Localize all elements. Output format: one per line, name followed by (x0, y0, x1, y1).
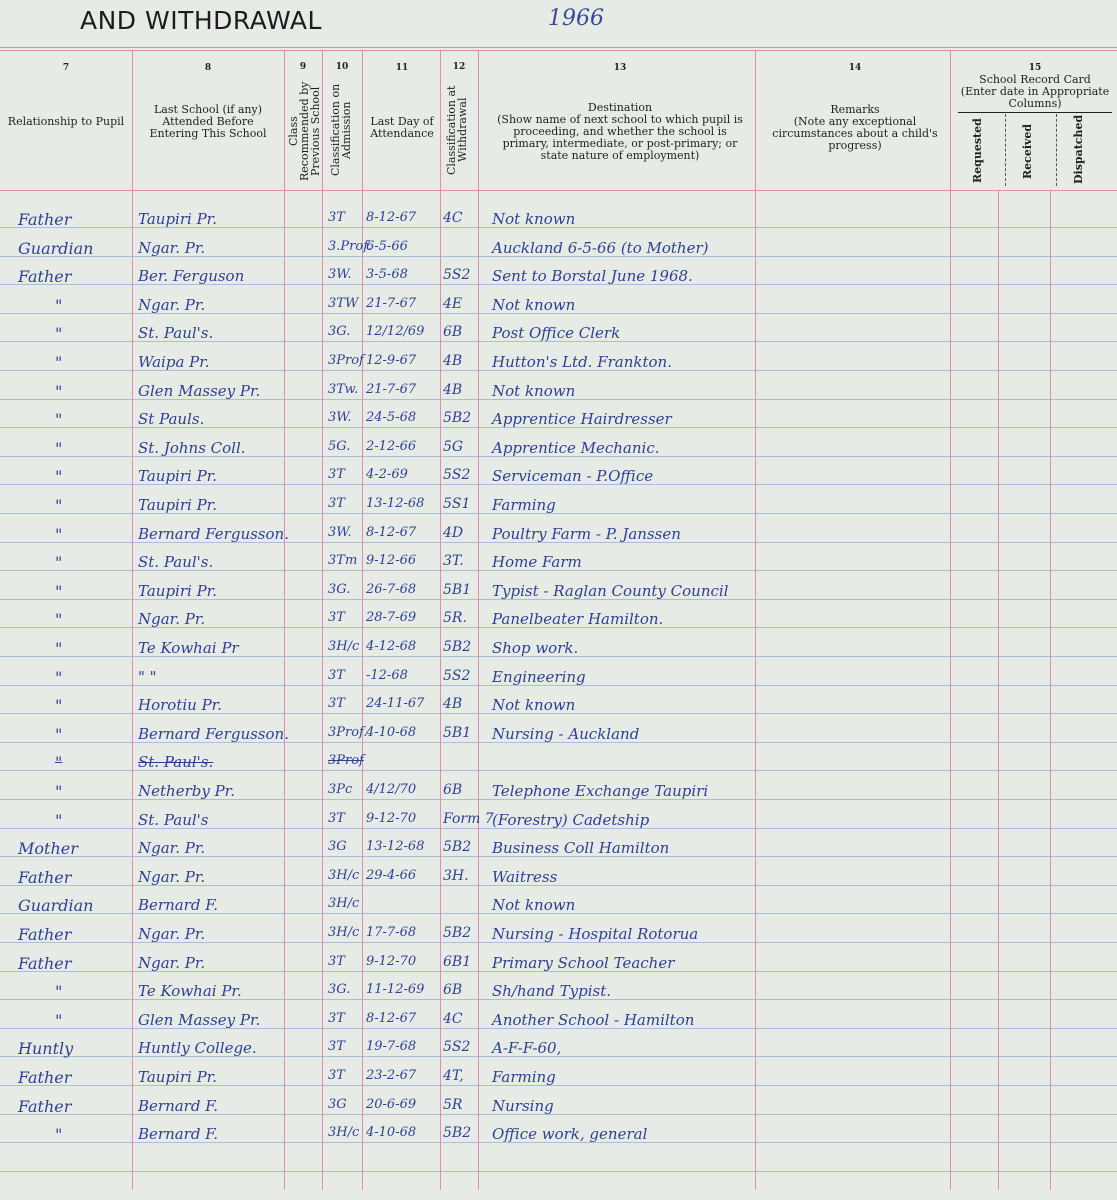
last-school-cell: " " (138, 668, 157, 686)
last-day-cell: 17-7-68 (366, 925, 416, 940)
last-day-cell: 23-2-67 (366, 1068, 416, 1083)
relationship-cell: Father (18, 925, 71, 944)
header-number: 10 (322, 62, 362, 72)
table-row: FatherNgar. Pr.3H/c17-7-685B2Nursing - H… (0, 921, 1117, 949)
relationship-cell: " (55, 782, 62, 801)
table-row: "Ngar. Pr.3TW21-7-674ENot known (0, 292, 1117, 320)
header-number: 12 (440, 62, 478, 72)
destination-cell: Not known (492, 210, 575, 228)
last-school-cell: Bernard Fergusson. (138, 725, 289, 743)
table-row: FatherNgar. Pr.3T9-12-706B1Primary Schoo… (0, 950, 1117, 978)
header-label: Last School (if any) Attended Before Ent… (140, 104, 276, 140)
header-received: Received (1022, 118, 1042, 184)
destination-cell: Telephone Exchange Taupiri (492, 782, 708, 800)
relationship-cell: Father (18, 267, 71, 286)
destination-cell: Nursing (492, 1097, 554, 1115)
destination-cell: Post Office Clerk (492, 324, 620, 342)
withdrawal-cell: 4B (443, 696, 462, 712)
header-last-school: 8 Last School (if any) Attended Before E… (140, 62, 276, 140)
admission-cell: 3Prof (328, 753, 364, 768)
sub-divider (1005, 114, 1006, 186)
year-annotation: 1966 (548, 6, 604, 31)
table-row: "" "3T-12-685S2Engineering (0, 664, 1117, 692)
admission-cell: 3H/c (328, 1125, 359, 1140)
last-day-cell: 8-12-67 (366, 210, 416, 225)
header-last-day: 11 Last Day of Attendance (364, 62, 440, 140)
last-day-cell: 4-10-68 (366, 725, 416, 740)
table-row: "Glen Massey Pr.3Tw.21-7-674BNot known (0, 378, 1117, 406)
withdrawal-cell: 5B2 (443, 639, 471, 655)
table-row: "St. Paul's3T9-12-70Form 7(Forestry) Cad… (0, 807, 1117, 835)
withdrawal-cell: 4C (443, 210, 463, 226)
destination-cell: Not known (492, 696, 575, 714)
last-day-cell: 2-12-66 (366, 439, 416, 454)
header-label: Relationship to Pupil (4, 116, 128, 128)
header-remarks: 14 Remarks (Note any exceptional circums… (770, 62, 940, 152)
last-day-cell: 13-12-68 (366, 839, 424, 854)
table-row: FatherTaupiri Pr.3T8-12-674CNot known (0, 206, 1117, 234)
withdrawal-cell: 6B (443, 982, 462, 998)
last-school-cell: Glen Massey Pr. (138, 1011, 260, 1029)
admission-cell: 3H/c (328, 925, 359, 940)
withdrawal-cell: 5R (443, 1097, 462, 1113)
withdrawal-cell: 3H. (443, 868, 469, 884)
destination-cell: Not known (492, 382, 575, 400)
last-school-cell: St. Paul's. (138, 753, 213, 771)
destination-cell: Nursing - Hospital Rotorua (492, 925, 698, 943)
relationship-cell: " (55, 324, 62, 343)
admission-cell: 3T (328, 467, 345, 482)
admission-cell: 3W. (328, 410, 352, 425)
withdrawal-cell: 5B1 (443, 582, 471, 598)
table-row: "Waipa Pr.3Prof12-9-674BHutton's Ltd. Fr… (0, 349, 1117, 377)
relationship-cell: " (55, 725, 62, 744)
header-relationship: 7 Relationship to Pupil (4, 62, 128, 128)
withdrawal-cell: 4B (443, 382, 462, 398)
relationship-cell: " (55, 696, 62, 715)
last-day-cell: -12-68 (366, 668, 408, 683)
last-day-cell: 12-9-67 (366, 353, 416, 368)
header-number: 11 (364, 62, 440, 74)
withdrawal-cell: 5S2 (443, 267, 470, 283)
admission-cell: 5G. (328, 439, 350, 454)
destination-cell: Shop work. (492, 639, 578, 657)
header-requested: Requested (972, 118, 992, 184)
last-day-cell: 3-5-68 (366, 267, 408, 282)
destination-cell: Panelbeater Hamilton. (492, 610, 663, 628)
last-day-cell: 4-10-68 (366, 1125, 416, 1140)
last-day-cell: 4/12/70 (366, 782, 416, 797)
header-classification-admission: Classification on Admission (330, 80, 356, 180)
relationship-cell: " (55, 668, 62, 687)
ledger-page: AND WITHDRAWAL 1966 7 Relationship to Pu… (0, 0, 1117, 1200)
relationship-cell: " (55, 382, 62, 401)
admission-cell: 3Pc (328, 782, 352, 797)
admission-cell: 3Prof. (328, 725, 368, 740)
last-school-cell: Ber. Ferguson (138, 267, 244, 285)
destination-cell: Typist - Raglan County Council (492, 582, 728, 600)
table-row: "Te Kowhai Pr.3G.11-12-696BSh/hand Typis… (0, 978, 1117, 1006)
last-school-cell: St. Paul's (138, 811, 208, 829)
last-school-cell: Ngar. Pr. (138, 296, 205, 314)
last-school-cell: St. Johns Coll. (138, 439, 246, 457)
withdrawal-cell: 5S2 (443, 1039, 470, 1055)
admission-cell: 3Prof (328, 353, 364, 368)
last-school-cell: Bernard F. (138, 896, 218, 914)
relationship-cell: " (55, 811, 62, 830)
relationship-cell: " (55, 525, 62, 544)
admission-cell: 3T (328, 1068, 345, 1083)
header-number: 13 (490, 62, 750, 74)
last-day-cell: 12/12/69 (366, 324, 424, 339)
admission-cell: 3Tm (328, 553, 357, 568)
admission-cell: 3T (328, 1039, 345, 1054)
destination-cell: (Forestry) Cadetship (492, 811, 649, 829)
destination-cell: Auckland 6-5-66 (to Mother) (492, 239, 709, 257)
admission-cell: 3T (328, 954, 345, 969)
table-row: "Bernard Fergusson.3Prof.4-10-685B1Nursi… (0, 721, 1117, 749)
last-school-cell: Huntly College. (138, 1039, 257, 1057)
header-label: Last Day of Attendance (364, 116, 440, 140)
destination-cell: A-F-F-60, (492, 1039, 561, 1057)
destination-cell: Farming (492, 496, 556, 514)
destination-cell: Home Farm (492, 553, 582, 571)
last-day-cell: 6-5-66 (366, 239, 408, 254)
table-row: GuardianBernard F.3H/cNot known (0, 892, 1117, 920)
admission-cell: 3G (328, 1097, 347, 1112)
last-day-cell: 26-7-68 (366, 582, 416, 597)
relationship-cell: " (55, 496, 62, 515)
admission-cell: 3G. (328, 582, 350, 597)
withdrawal-cell: 4B (443, 353, 462, 369)
admission-cell: 3H/c (328, 868, 359, 883)
destination-cell: Serviceman - P.Office (492, 467, 653, 485)
relationship-cell: Mother (18, 839, 78, 858)
table-row: FatherTaupiri Pr.3T23-2-674T,Farming (0, 1064, 1117, 1092)
last-school-cell: Ngar. Pr. (138, 610, 205, 628)
destination-cell: Poultry Farm - P. Janssen (492, 525, 681, 543)
last-school-cell: Glen Massey Pr. (138, 382, 260, 400)
last-school-cell: Bernard Fergusson. (138, 525, 289, 543)
header-record-card: 15 School Record Card (Enter date in App… (955, 62, 1115, 110)
last-day-cell: 21-7-67 (366, 296, 416, 311)
header-destination: 13 Destination (Show name of next school… (490, 62, 750, 162)
relationship-cell: Father (18, 1068, 71, 1087)
last-school-cell: Taupiri Pr. (138, 467, 217, 485)
last-school-cell: St Pauls. (138, 410, 204, 428)
relationship-cell: " (55, 1125, 62, 1144)
table-row: "Taupiri Pr.3G.26-7-685B1Typist - Raglan… (0, 578, 1117, 606)
header-number: 8 (140, 62, 276, 74)
table-row: HuntlyHuntly College.3T19-7-685S2A-F-F-6… (0, 1035, 1117, 1063)
last-day-cell: 28-7-69 (366, 610, 416, 625)
table-row: "Bernard Fergusson.3W.8-12-674DPoultry F… (0, 521, 1117, 549)
relationship-cell: " (55, 439, 62, 458)
admission-cell: 3T (328, 1011, 345, 1026)
table-row: "St Pauls.3W.24-5-685B2Apprentice Hairdr… (0, 406, 1117, 434)
relationship-cell: Father (18, 868, 71, 887)
sub-divider (1056, 114, 1057, 186)
table-row: "St. Paul's.3Tm9-12-663T.Home Farm (0, 549, 1117, 577)
table-row: FatherBer. Ferguson3W.3-5-685S2Sent to B… (0, 263, 1117, 291)
table-row: "St. Paul's.3G.12/12/696BPost Office Cle… (0, 320, 1117, 348)
last-day-cell: 8-12-67 (366, 1011, 416, 1026)
admission-cell: 3G (328, 839, 347, 854)
last-school-cell: St. Paul's. (138, 324, 213, 342)
table-row: "Taupiri Pr.3T4-2-695S2Serviceman - P.Of… (0, 463, 1117, 491)
admission-cell: 3W. (328, 525, 352, 540)
header-number: 9 (284, 62, 322, 72)
destination-cell: Sent to Borstal June 1968. (492, 267, 693, 285)
withdrawal-cell: 5S2 (443, 467, 470, 483)
destination-cell: Business Coll Hamilton (492, 839, 669, 857)
withdrawal-cell: 4C (443, 1011, 463, 1027)
last-day-cell: 4-12-68 (366, 639, 416, 654)
table-row: "Netherby Pr.3Pc4/12/706BTelephone Excha… (0, 778, 1117, 806)
relationship-cell: " (55, 582, 62, 601)
destination-cell: Primary School Teacher (492, 954, 674, 972)
relationship-cell: " (55, 467, 62, 486)
last-school-cell: Te Kowhai Pr (138, 639, 239, 657)
last-school-cell: Bernard F. (138, 1097, 218, 1115)
admission-cell: 3H/c (328, 639, 359, 654)
admission-cell: 3T (328, 811, 345, 826)
last-school-cell: Ngar. Pr. (138, 925, 205, 943)
withdrawal-cell: 5G (443, 439, 463, 455)
admission-cell: 3T (328, 668, 345, 683)
relationship-cell: Huntly (18, 1039, 73, 1058)
last-school-cell: Taupiri Pr. (138, 582, 217, 600)
table-row: "St. Johns Coll.5G.2-12-665GApprentice M… (0, 435, 1117, 463)
withdrawal-cell: 6B (443, 324, 462, 340)
destination-cell: Engineering (492, 668, 586, 686)
last-day-cell: 9-12-70 (366, 811, 416, 826)
record-card-rule (958, 112, 1112, 113)
last-school-cell: Te Kowhai Pr. (138, 982, 242, 1000)
last-day-cell: 24-5-68 (366, 410, 416, 425)
relationship-cell: " (55, 982, 62, 1001)
table-row: GuardianNgar. Pr.3.Prof.6-5-66Auckland 6… (0, 235, 1117, 263)
destination-cell: Waitress (492, 868, 557, 886)
withdrawal-cell: 5S2 (443, 668, 470, 684)
page-title: AND WITHDRAWAL (80, 6, 322, 35)
destination-cell: Not known (492, 296, 575, 314)
last-day-cell: 11-12-69 (366, 982, 424, 997)
last-day-cell: 9-12-66 (366, 553, 416, 568)
table-row: "St. Paul's.3Prof (0, 749, 1117, 777)
withdrawal-cell: 6B (443, 782, 462, 798)
header-class-recommended: Class Recommended by Previous School (288, 75, 318, 187)
withdrawal-cell: Form 7 (443, 811, 494, 827)
relationship-cell: " (55, 353, 62, 372)
relationship-cell: Guardian (18, 239, 93, 258)
relationship-cell: Father (18, 954, 71, 973)
admission-cell: 3G. (328, 982, 350, 997)
last-day-cell: 19-7-68 (366, 1039, 416, 1054)
destination-cell: Hutton's Ltd. Frankton. (492, 353, 672, 371)
relationship-cell: " (55, 610, 62, 629)
header-sublabel: (Show name of next school to which pupil… (490, 114, 750, 162)
withdrawal-cell: 3T. (443, 553, 464, 569)
table-row: MotherNgar. Pr.3G13-12-685B2Business Col… (0, 835, 1117, 863)
destination-cell: Apprentice Mechanic. (492, 439, 659, 457)
header-dispatched: Dispatched (1073, 118, 1093, 184)
last-school-cell: Taupiri Pr. (138, 496, 217, 514)
header-sublabel: (Enter date in Appropriate Columns) (955, 86, 1115, 110)
withdrawal-cell: 4D (443, 525, 463, 541)
table-row: FatherNgar. Pr.3H/c29-4-663H.Waitress (0, 864, 1117, 892)
last-day-cell: 29-4-66 (366, 868, 416, 883)
admission-cell: 3TW (328, 296, 358, 311)
last-school-cell: Ngar. Pr. (138, 868, 205, 886)
withdrawal-cell: 5B2 (443, 925, 471, 941)
withdrawal-cell: 5S1 (443, 496, 470, 512)
destination-cell: Not known (492, 896, 575, 914)
relationship-cell: " (55, 1011, 62, 1030)
destination-cell: Nursing - Auckland (492, 725, 639, 743)
relationship-cell: " (55, 639, 62, 658)
admission-cell: 3T (328, 210, 345, 225)
last-school-cell: St. Paul's. (138, 553, 213, 571)
relationship-cell: " (55, 296, 62, 315)
header-classification-withdrawal: Classification at Withdrawal (446, 80, 472, 180)
withdrawal-cell: 5B1 (443, 725, 471, 741)
last-school-cell: Waipa Pr. (138, 353, 210, 371)
table-row: "Te Kowhai Pr3H/c4-12-685B2Shop work. (0, 635, 1117, 663)
last-day-cell: 20-6-69 (366, 1097, 416, 1112)
withdrawal-cell: 5B2 (443, 410, 471, 426)
admission-cell: 3T (328, 496, 345, 511)
relationship-cell: " (55, 553, 62, 572)
table-row: FatherBernard F.3G20-6-695RNursing (0, 1093, 1117, 1121)
table-row: "Bernard F.3H/c4-10-685B2Office work, ge… (0, 1121, 1117, 1149)
relationship-cell: " (55, 410, 62, 429)
table-row: "Horotiu Pr.3T24-11-674BNot known (0, 692, 1117, 720)
withdrawal-cell: 4E (443, 296, 462, 312)
admission-cell: 3Tw. (328, 382, 358, 397)
relationship-cell: Father (18, 1097, 71, 1116)
last-day-cell: 13-12-68 (366, 496, 424, 511)
header-top-rule (0, 47, 1117, 48)
last-school-cell: Netherby Pr. (138, 782, 235, 800)
table-row: "Ngar. Pr.3T28-7-695R.Panelbeater Hamilt… (0, 606, 1117, 634)
destination-cell: Apprentice Hairdresser (492, 410, 672, 428)
admission-cell: 3T (328, 610, 345, 625)
withdrawal-cell: 4T, (443, 1068, 464, 1084)
table-row: "Glen Massey Pr.3T8-12-674CAnother Schoo… (0, 1007, 1117, 1035)
withdrawal-cell: 5B2 (443, 1125, 471, 1141)
last-school-cell: Horotiu Pr. (138, 696, 222, 714)
last-school-cell: Taupiri Pr. (138, 1068, 217, 1086)
relationship-cell: Guardian (18, 896, 93, 915)
admission-cell: 3G. (328, 324, 350, 339)
last-school-cell: Ngar. Pr. (138, 839, 205, 857)
destination-cell: Farming (492, 1068, 556, 1086)
admission-cell: 3T (328, 696, 345, 711)
table-row: "Taupiri Pr.3T13-12-685S1Farming (0, 492, 1117, 520)
last-school-cell: Ngar. Pr. (138, 954, 205, 972)
last-school-cell: Taupiri Pr. (138, 210, 217, 228)
last-school-cell: Bernard F. (138, 1125, 218, 1143)
withdrawal-cell: 6B1 (443, 954, 471, 970)
last-school-cell: Ngar. Pr. (138, 239, 205, 257)
withdrawal-cell: 5R. (443, 610, 467, 626)
destination-cell: Sh/hand Typist. (492, 982, 611, 1000)
header-number: 14 (770, 62, 940, 74)
last-day-cell: 24-11-67 (366, 696, 424, 711)
relationship-cell: " (55, 753, 62, 772)
header-sublabel: (Note any exceptional circumstances abou… (770, 116, 940, 152)
admission-cell: 3W. (328, 267, 352, 282)
header-number: 7 (4, 62, 128, 74)
last-day-cell: 9-12-70 (366, 954, 416, 969)
admission-cell: 3H/c (328, 896, 359, 911)
destination-cell: Office work, general (492, 1125, 647, 1143)
destination-cell: Another School - Hamilton (492, 1011, 694, 1029)
last-day-cell: 8-12-67 (366, 525, 416, 540)
relationship-cell: Father (18, 210, 71, 229)
last-day-cell: 4-2-69 (366, 467, 408, 482)
withdrawal-cell: 5B2 (443, 839, 471, 855)
last-day-cell: 21-7-67 (366, 382, 416, 397)
